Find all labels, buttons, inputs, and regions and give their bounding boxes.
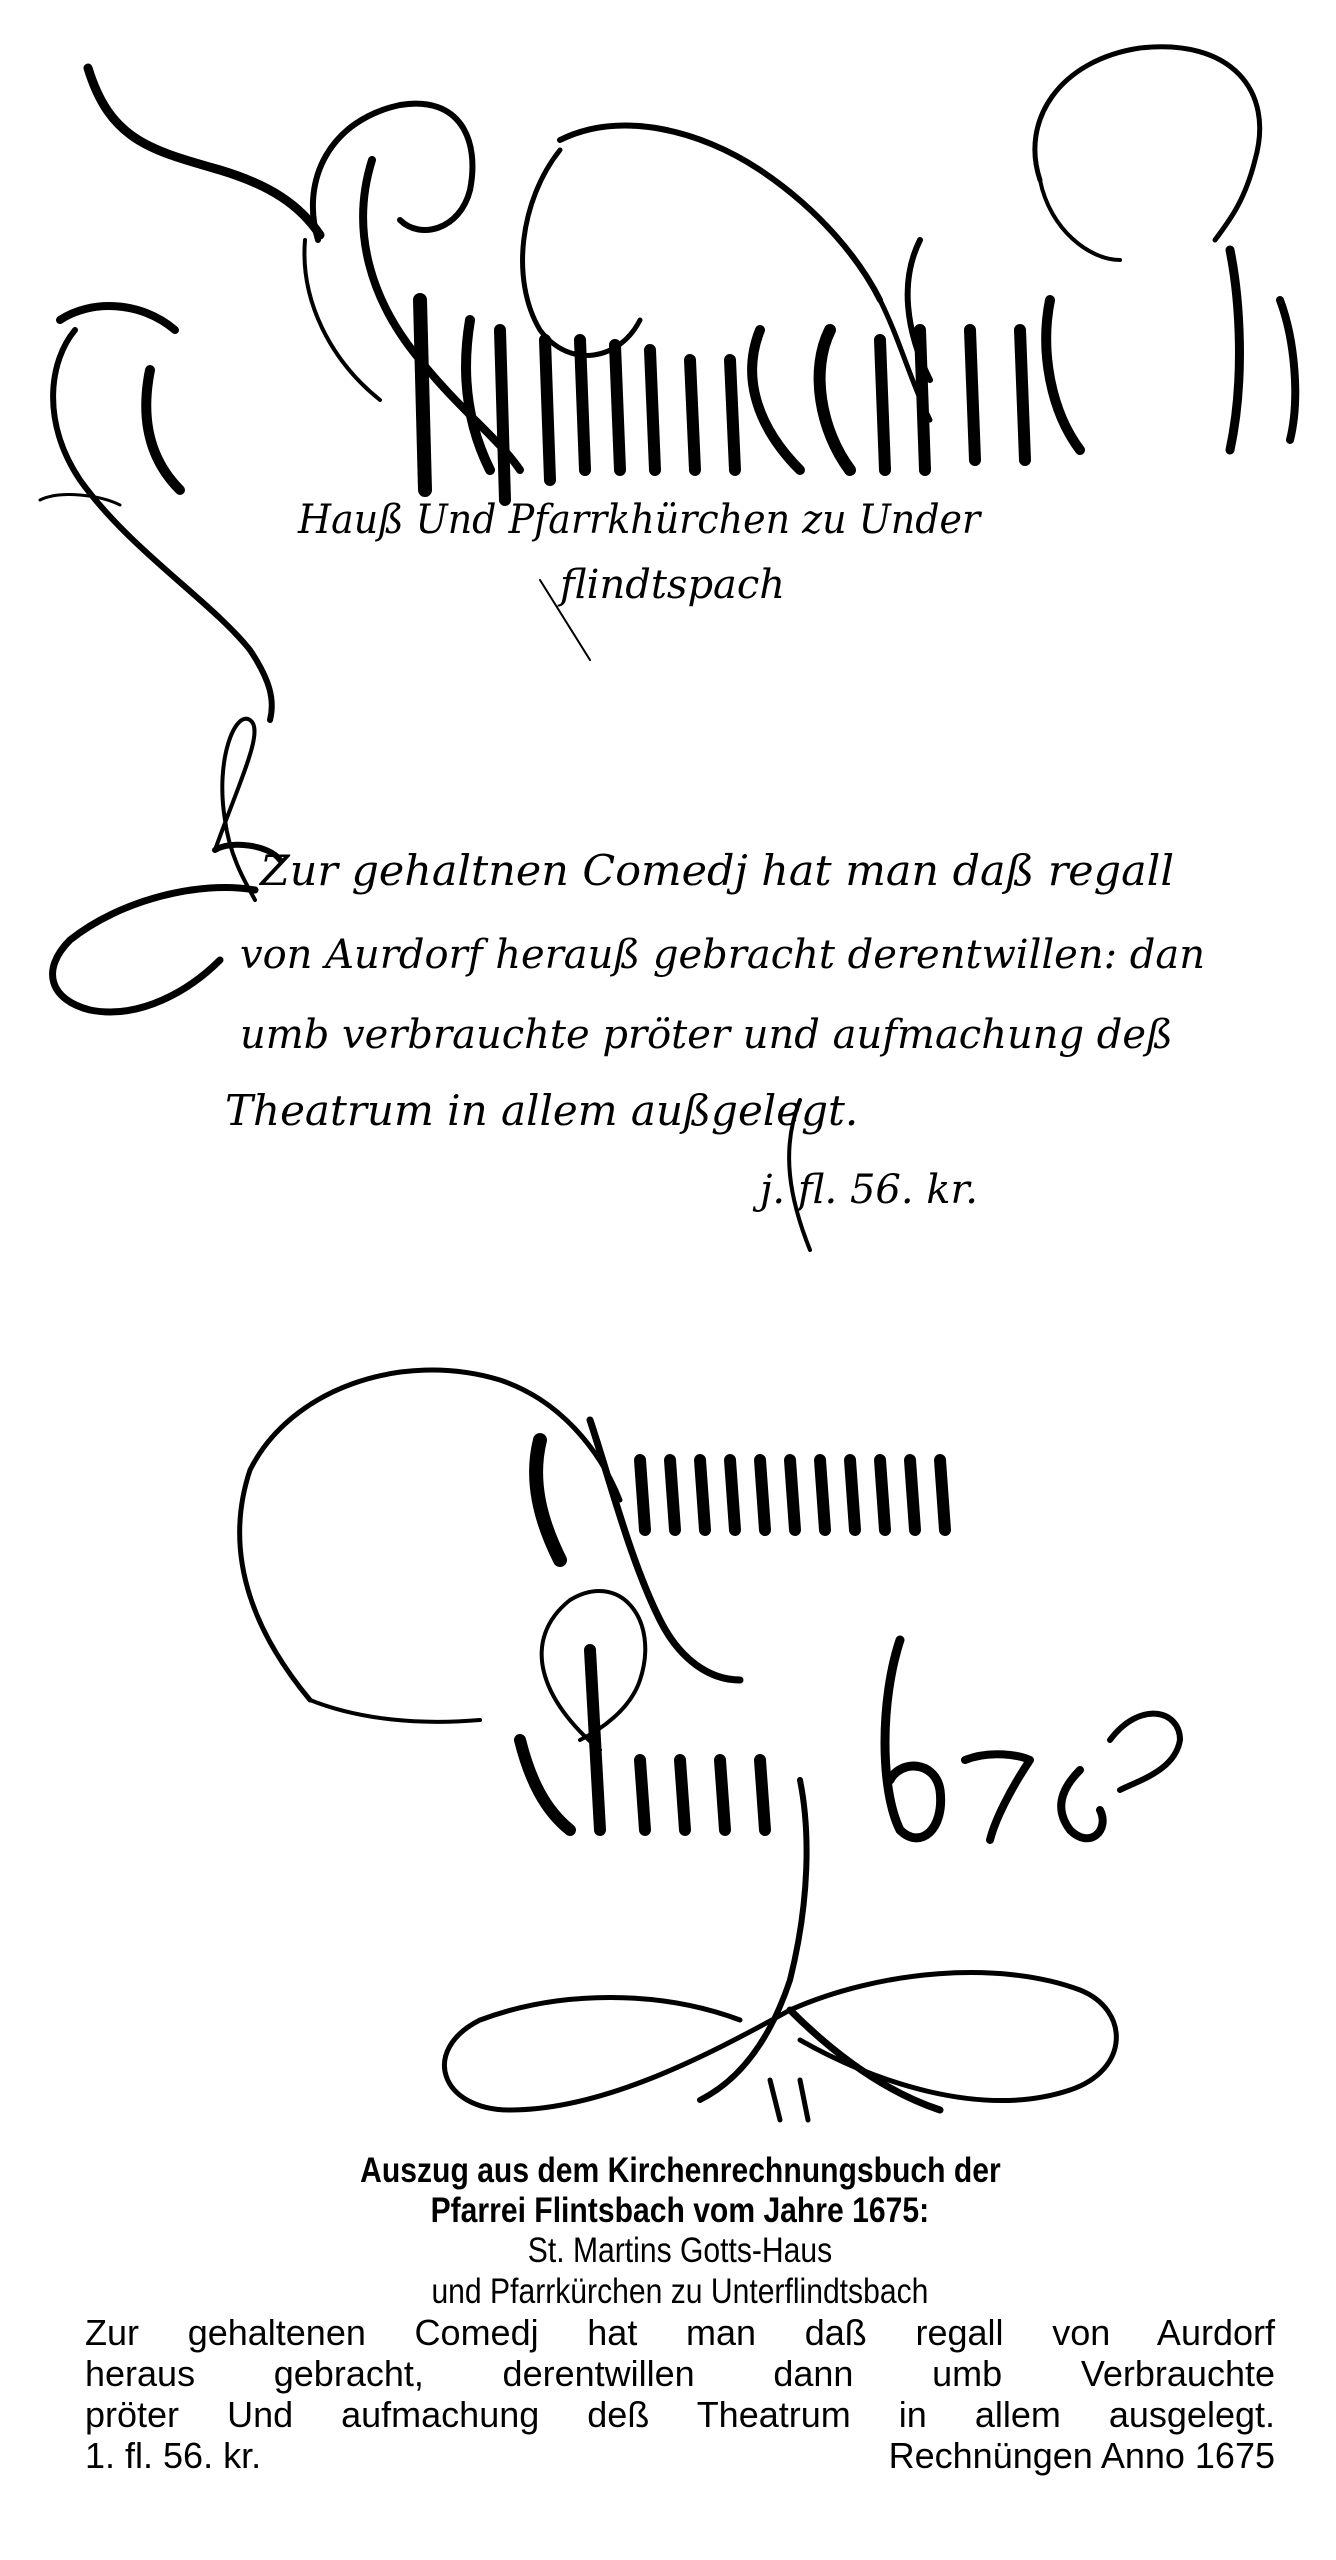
handwritten-entry-line-2: von Aurdorf herauß gebracht derentwillen… (240, 935, 1205, 975)
swash-top-right (1035, 47, 1260, 240)
caption-body-line-1: Zur gehaltenen Comedj hat man daß regall… (85, 2312, 1275, 2353)
handwritten-heading-sub-line1: Hauß Und Pfarrkhürchen zu Under (298, 500, 980, 540)
caption-title-line-1: Auszug aus dem Kirchenrechnungsbuch der (85, 2150, 1275, 2191)
handwritten-entry-line-1: Zur gehaltnen Comedj hat man daß regall (260, 850, 1174, 892)
caption-subtitle-line-2: und Pfarrkürchen zu Unterflindtsbach (85, 2271, 1275, 2312)
handwritten-entry-line-3: umb verbrauchte pröter und aufmachung de… (240, 1015, 1173, 1055)
caption-subtitle-line-1: St. Martins Gotts-Haus (85, 2230, 1275, 2271)
swash-top-left (88, 68, 320, 235)
caption-body-line-2: heraus gebracht, derentwillen dann umb V… (85, 2353, 1275, 2394)
caption-closing: Rechnüngen Anno 1675 (889, 2435, 1275, 2476)
caption-footer-line: 1. fl. 56. kr. Rechnüngen Anno 1675 (85, 2435, 1275, 2476)
caption-title-line-2: Pfarrei Flintsbach vom Jahre 1675: (85, 2190, 1275, 2231)
handwritten-heading-sub-line2: flindtspach (560, 565, 785, 605)
swash-bottom-infinity (444, 1973, 1116, 2110)
handwritten-entry-line-4: Theatrum in allem außgelegt. (225, 1090, 858, 1132)
handwritten-amount: j. fl. 56. kr. (760, 1170, 978, 1210)
swash-zur-loop (215, 719, 255, 900)
caption-body-line-3: pröter Und aufmachung deß Theatrum in al… (85, 2394, 1275, 2435)
document-page: St. Martins Gotts Hauß Und Pfarrkhürchen… (0, 0, 1336, 2560)
caption-amount: 1. fl. 56. kr. (85, 2435, 261, 2476)
